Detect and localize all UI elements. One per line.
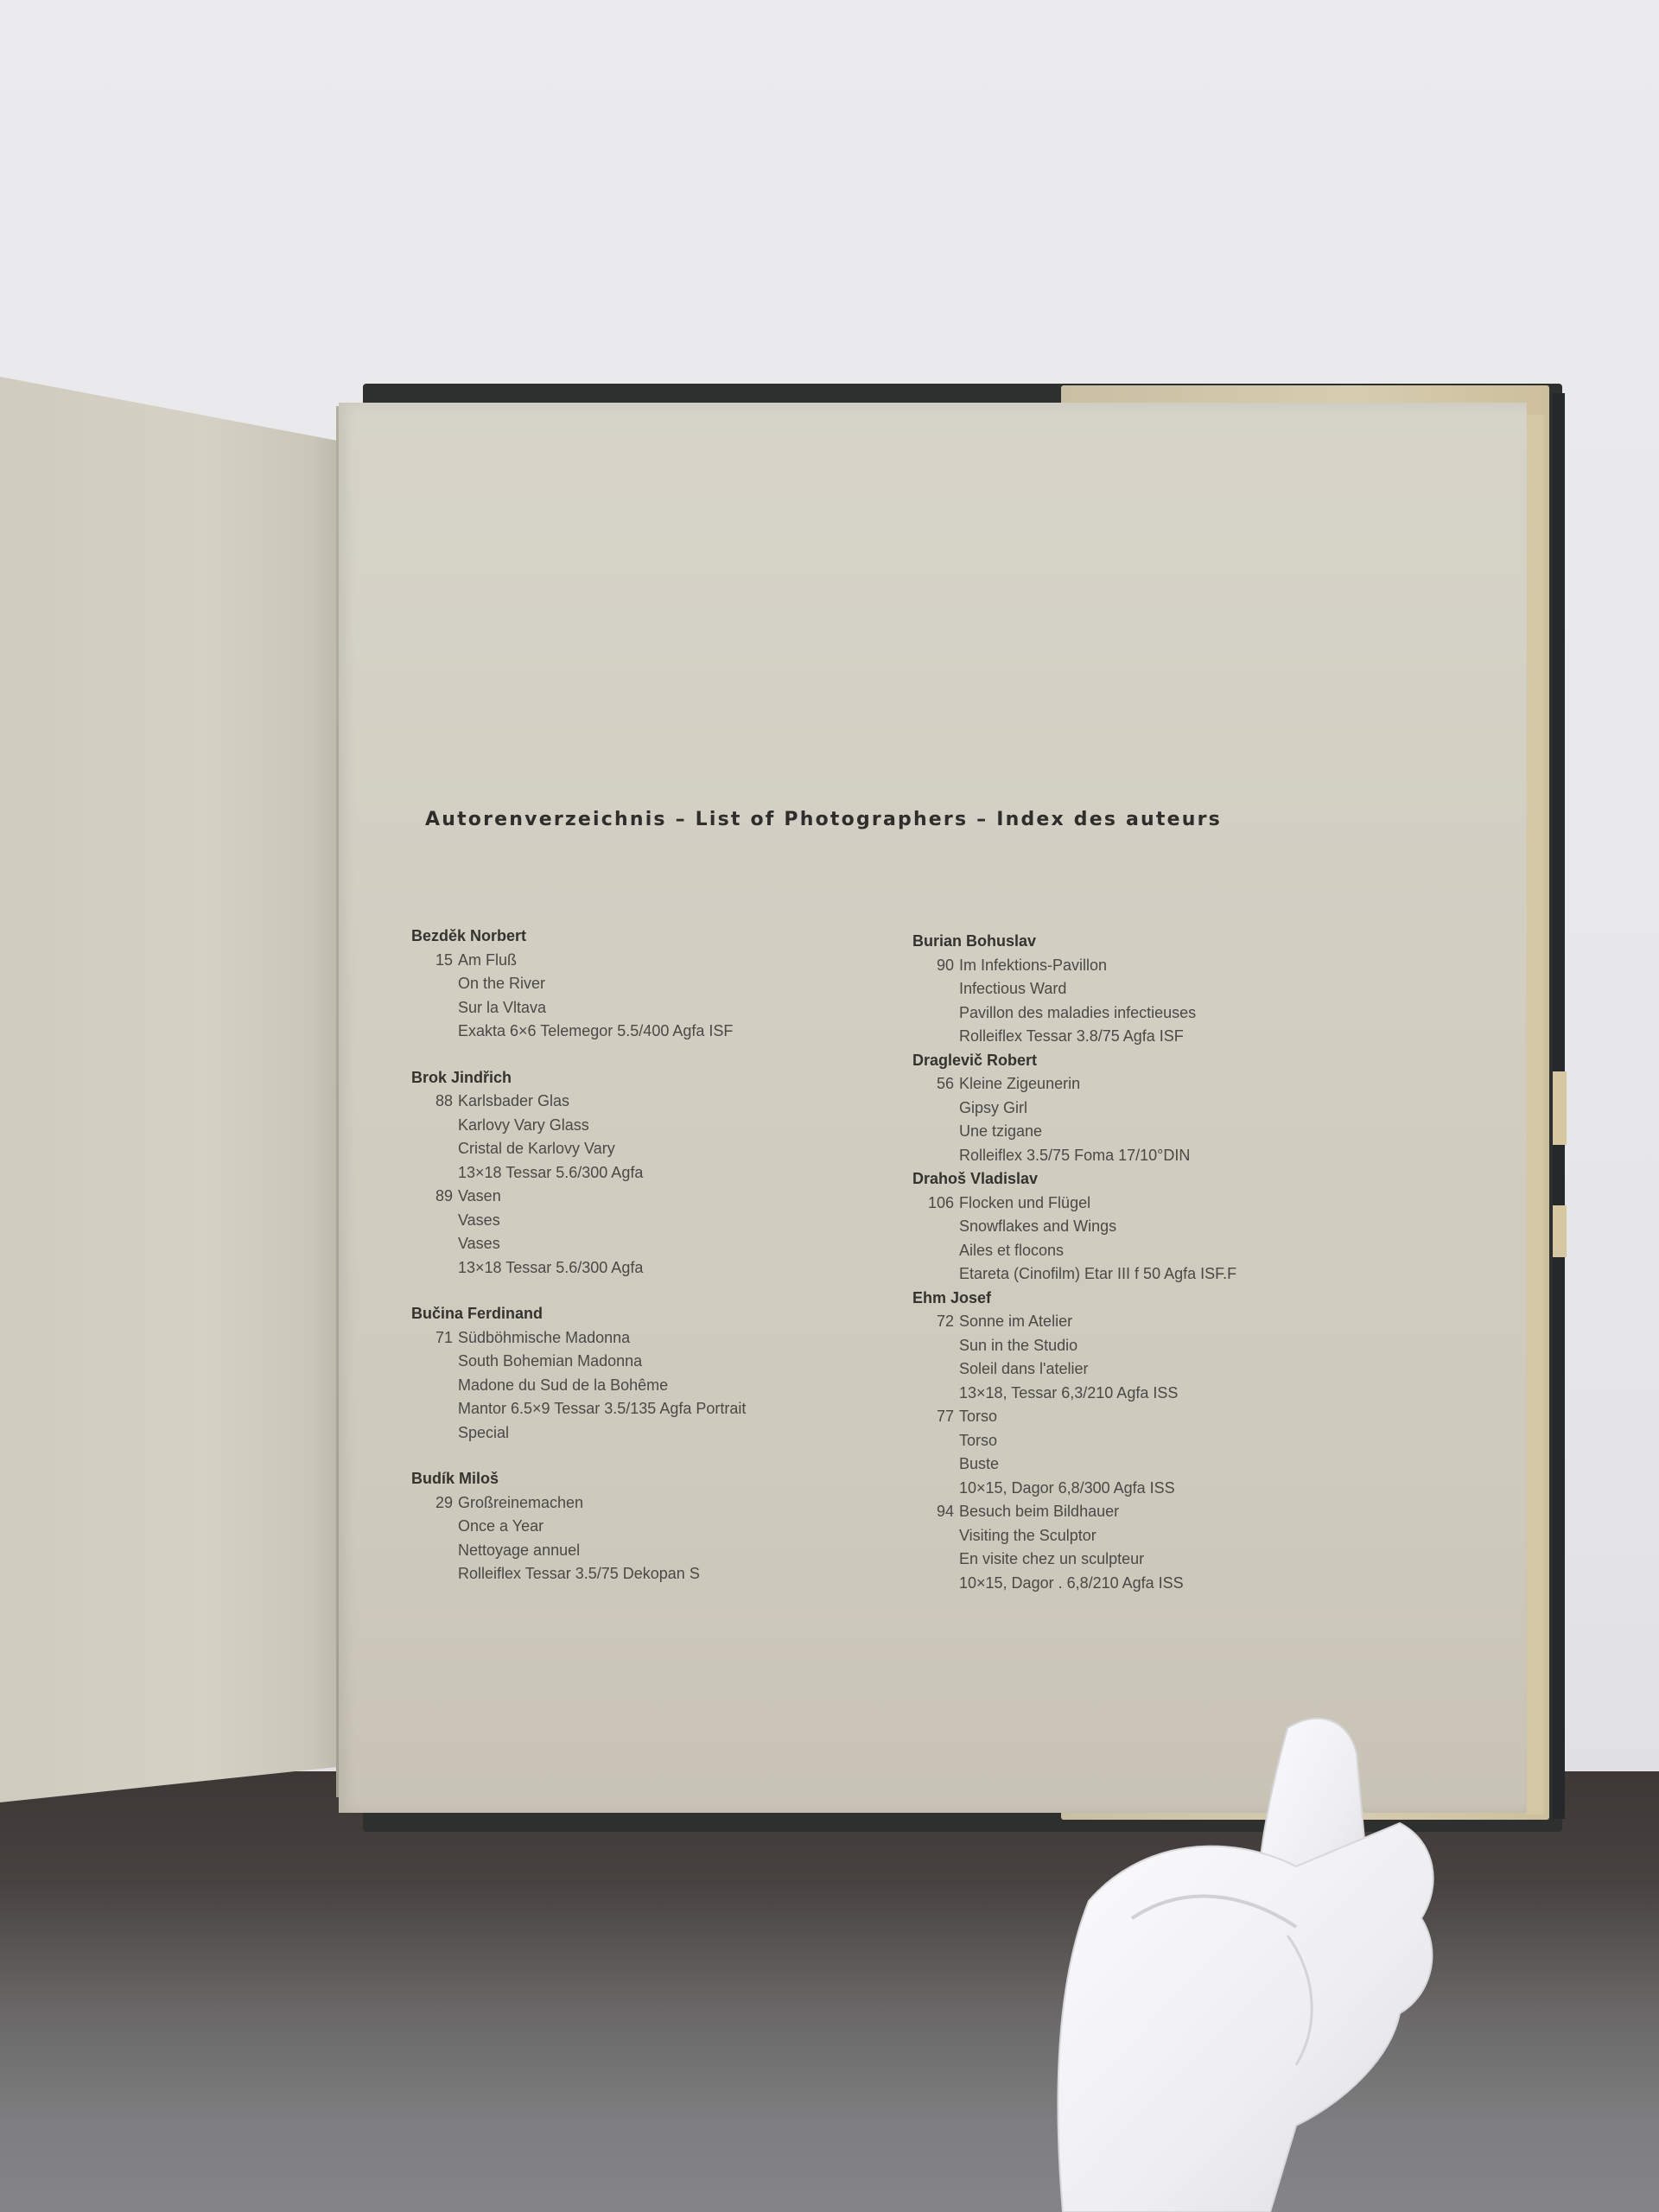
author-name: Brok Jindřich — [411, 1066, 843, 1090]
line-text: Buste — [959, 1455, 999, 1472]
technical-details: Special — [411, 1421, 843, 1446]
plate-number: 88 — [427, 1090, 453, 1114]
work-title-german: 29Großreinemachen — [411, 1491, 843, 1516]
line-text: 10×15, Dagor . 6,8/210 Agfa ISS — [959, 1574, 1184, 1592]
work-title-english: Sun in the Studio — [912, 1334, 1327, 1358]
work-title-german: 94Besuch beim Bildhauer — [912, 1500, 1327, 1524]
line-text: Großreinemachen — [458, 1494, 583, 1511]
technical-details: 13×18 Tessar 5.6/300 Agfa — [411, 1161, 843, 1185]
technical-details: Rolleiflex 3.5/75 Foma 17/10°DIN — [912, 1144, 1327, 1168]
work-title-french: Vases — [411, 1232, 843, 1256]
technical-details: Exakta 6×6 Telemegor 5.5/400 Agfa ISF — [411, 1020, 843, 1044]
line-text: Une tzigane — [959, 1122, 1042, 1140]
work-title-german: 15Am Fluß — [411, 949, 843, 973]
plate-number: 94 — [916, 1500, 954, 1524]
work-title-english: On the River — [411, 972, 843, 996]
line-text: Rolleiflex 3.5/75 Foma 17/10°DIN — [959, 1147, 1190, 1164]
line-text: Flocken und Flügel — [959, 1194, 1090, 1211]
cover-wear-chip — [1553, 1071, 1567, 1145]
work-title-french: Pavillon des maladies infectieuses — [912, 1001, 1327, 1026]
line-text: Torso — [959, 1408, 997, 1425]
work-title-german: 106Flocken und Flügel — [912, 1192, 1327, 1216]
work-title-english: Visiting the Sculptor — [912, 1524, 1327, 1548]
author-entry: Bezděk Norbert15Am FlußOn the RiverSur l… — [411, 925, 843, 1044]
work-entry: 72Sonne im AtelierSun in the StudioSolei… — [912, 1310, 1327, 1405]
work-entry: 106Flocken und FlügelSnowflakes and Wing… — [912, 1192, 1327, 1287]
line-text: Visiting the Sculptor — [959, 1527, 1096, 1544]
line-text: En visite chez un sculpteur — [959, 1550, 1144, 1567]
author-name: Drahoš Vladislav — [912, 1167, 1327, 1192]
line-text: South Bohemian Madonna — [458, 1352, 642, 1370]
line-text: Besuch beim Bildhauer — [959, 1503, 1119, 1520]
left-page — [0, 377, 339, 1802]
author-name: Ehm Josef — [912, 1287, 1327, 1311]
author-name: Bučina Ferdinand — [411, 1302, 843, 1326]
work-title-english: Karlovy Vary Glass — [411, 1114, 843, 1138]
line-text: Vasen — [458, 1187, 501, 1205]
work-title-french: Une tzigane — [912, 1120, 1327, 1144]
plate-number: 89 — [427, 1185, 453, 1209]
technical-details: Mantor 6.5×9 Tessar 3.5/135 Agfa Portrai… — [411, 1397, 843, 1421]
plate-number: 72 — [916, 1310, 954, 1334]
line-text: 13×18 Tessar 5.6/300 Agfa — [458, 1164, 643, 1181]
line-text: Mantor 6.5×9 Tessar 3.5/135 Agfa Portrai… — [458, 1400, 746, 1417]
line-text: Südböhmische Madonna — [458, 1329, 630, 1346]
author-name: Burian Bohuslav — [912, 930, 1327, 954]
work-title-english: Vases — [411, 1209, 843, 1233]
line-text: Torso — [959, 1432, 997, 1449]
right-column: Burian Bohuslav90Im Infektions-PavillonI… — [912, 930, 1327, 1595]
line-text: Am Fluß — [458, 951, 517, 969]
line-text: Madone du Sud de la Bohême — [458, 1376, 668, 1394]
author-entry: Drahoš Vladislav106Flocken und FlügelSno… — [912, 1167, 1327, 1287]
plate-number: 15 — [427, 949, 453, 973]
right-page: Autorenverzeichnis – List of Photographe… — [339, 403, 1527, 1813]
author-name: Bezděk Norbert — [411, 925, 843, 949]
work-title-english: Gipsy Girl — [912, 1096, 1327, 1121]
work-title-english: Infectious Ward — [912, 977, 1327, 1001]
index-title: Autorenverzeichnis – List of Photographe… — [425, 809, 1222, 830]
plate-number: 29 — [427, 1491, 453, 1516]
work-title-german: 89Vasen — [411, 1185, 843, 1209]
work-title-english: Torso — [912, 1429, 1327, 1453]
line-text: Exakta 6×6 Telemegor 5.5/400 Agfa ISF — [458, 1022, 733, 1039]
work-entry: 88Karlsbader GlasKarlovy Vary GlassCrist… — [411, 1090, 843, 1185]
author-entry: Draglevič Robert56Kleine ZigeunerinGipsy… — [912, 1049, 1327, 1168]
line-text: Sonne im Atelier — [959, 1313, 1072, 1330]
line-text: 10×15, Dagor 6,8/300 Agfa ISS — [959, 1479, 1175, 1497]
left-column: Bezděk Norbert15Am FlußOn the RiverSur l… — [411, 925, 843, 1609]
work-title-french: Soleil dans l'atelier — [912, 1357, 1327, 1382]
work-title-german: 77Torso — [912, 1405, 1327, 1429]
technical-details: Rolleiflex Tessar 3.8/75 Agfa ISF — [912, 1025, 1327, 1049]
work-entry: 90Im Infektions-PavillonInfectious WardP… — [912, 954, 1327, 1049]
work-title-french: En visite chez un sculpteur — [912, 1548, 1327, 1572]
work-title-french: Buste — [912, 1452, 1327, 1477]
technical-details: 13×18 Tessar 5.6/300 Agfa — [411, 1256, 843, 1281]
work-entry: 29GroßreinemachenOnce a YearNettoyage an… — [411, 1491, 843, 1586]
line-text: Vases — [458, 1211, 500, 1229]
author-entry: Ehm Josef72Sonne im AtelierSun in the St… — [912, 1287, 1327, 1596]
line-text: Karlsbader Glas — [458, 1092, 569, 1109]
line-text: Ailes et flocons — [959, 1242, 1064, 1259]
line-text: Pavillon des maladies infectieuses — [959, 1004, 1196, 1021]
author-entry: Brok Jindřich88Karlsbader GlasKarlovy Va… — [411, 1066, 843, 1281]
plate-number: 90 — [916, 954, 954, 978]
work-title-english: Snowflakes and Wings — [912, 1215, 1327, 1239]
line-text: Sun in the Studio — [959, 1337, 1077, 1354]
work-title-french: Sur la Vltava — [411, 996, 843, 1020]
work-title-german: 72Sonne im Atelier — [912, 1310, 1327, 1334]
line-text: Etareta (Cinofilm) Etar III f 50 Agfa IS… — [959, 1265, 1236, 1282]
line-text: Sur la Vltava — [458, 999, 546, 1016]
line-text: Soleil dans l'atelier — [959, 1360, 1089, 1377]
plate-number: 56 — [916, 1072, 954, 1096]
line-text: 13×18 Tessar 5.6/300 Agfa — [458, 1259, 643, 1276]
work-entry: 56Kleine ZigeunerinGipsy GirlUne tzigane… — [912, 1072, 1327, 1167]
line-text: Nettoyage annuel — [458, 1541, 580, 1559]
technical-details: Etareta (Cinofilm) Etar III f 50 Agfa IS… — [912, 1262, 1327, 1287]
technical-details: Rolleiflex Tessar 3.5/75 Dekopan S — [411, 1562, 843, 1586]
author-name: Draglevič Robert — [912, 1049, 1327, 1073]
work-entry: 77TorsoTorsoBuste10×15, Dagor 6,8/300 Ag… — [912, 1405, 1327, 1500]
work-entry: 15Am FlußOn the RiverSur la VltavaExakta… — [411, 949, 843, 1044]
white-glove-hand — [1037, 1694, 1590, 2212]
line-text: 13×18, Tessar 6,3/210 Agfa ISS — [959, 1384, 1178, 1402]
line-text: Gipsy Girl — [959, 1099, 1027, 1116]
line-text: Im Infektions-Pavillon — [959, 957, 1107, 974]
author-entry: Bučina Ferdinand71Südböhmische MadonnaSo… — [411, 1302, 843, 1445]
line-text: Cristal de Karlovy Vary — [458, 1140, 615, 1157]
author-entry: Budík Miloš29GroßreinemachenOnce a YearN… — [411, 1467, 843, 1586]
technical-details: 10×15, Dagor 6,8/300 Agfa ISS — [912, 1477, 1327, 1501]
work-title-french: Cristal de Karlovy Vary — [411, 1137, 843, 1161]
work-entry: 94Besuch beim BildhauerVisiting the Scul… — [912, 1500, 1327, 1595]
line-text: Snowflakes and Wings — [959, 1217, 1116, 1235]
technical-details: 10×15, Dagor . 6,8/210 Agfa ISS — [912, 1572, 1327, 1596]
work-title-german: 56Kleine Zigeunerin — [912, 1072, 1327, 1096]
work-entry: 89VasenVasesVases13×18 Tessar 5.6/300 Ag… — [411, 1185, 843, 1280]
technical-details: 13×18, Tessar 6,3/210 Agfa ISS — [912, 1382, 1327, 1406]
endpaper-edge — [1525, 415, 1544, 1815]
work-title-french: Ailes et flocons — [912, 1239, 1327, 1263]
work-title-english: South Bohemian Madonna — [411, 1350, 843, 1374]
line-text: Vases — [458, 1235, 500, 1252]
work-title-german: 71Südböhmische Madonna — [411, 1326, 843, 1351]
work-title-german: 88Karlsbader Glas — [411, 1090, 843, 1114]
line-text: Rolleiflex Tessar 3.8/75 Agfa ISF — [959, 1027, 1184, 1045]
line-text: Infectious Ward — [959, 980, 1066, 997]
work-entry: 71Südböhmische MadonnaSouth Bohemian Mad… — [411, 1326, 843, 1446]
line-text: Once a Year — [458, 1517, 543, 1535]
author-name: Budík Miloš — [411, 1467, 843, 1491]
line-text: Karlovy Vary Glass — [458, 1116, 589, 1134]
line-text: Kleine Zigeunerin — [959, 1075, 1080, 1092]
work-title-french: Madone du Sud de la Bohême — [411, 1374, 843, 1398]
line-text: Rolleiflex Tessar 3.5/75 Dekopan S — [458, 1565, 700, 1582]
plate-number: 106 — [916, 1192, 954, 1216]
work-title-german: 90Im Infektions-Pavillon — [912, 954, 1327, 978]
work-title-french: Nettoyage annuel — [411, 1539, 843, 1563]
cover-wear-chip — [1553, 1205, 1567, 1257]
page-content: Autorenverzeichnis – List of Photographe… — [339, 403, 1527, 1813]
author-entry: Burian Bohuslav90Im Infektions-PavillonI… — [912, 930, 1327, 1049]
plate-number: 71 — [427, 1326, 453, 1351]
plate-number: 77 — [916, 1405, 954, 1429]
photo-scene: Autorenverzeichnis – List of Photographe… — [0, 0, 1659, 2212]
line-text: On the River — [458, 975, 545, 992]
line-text: Special — [458, 1424, 509, 1441]
work-title-english: Once a Year — [411, 1515, 843, 1539]
